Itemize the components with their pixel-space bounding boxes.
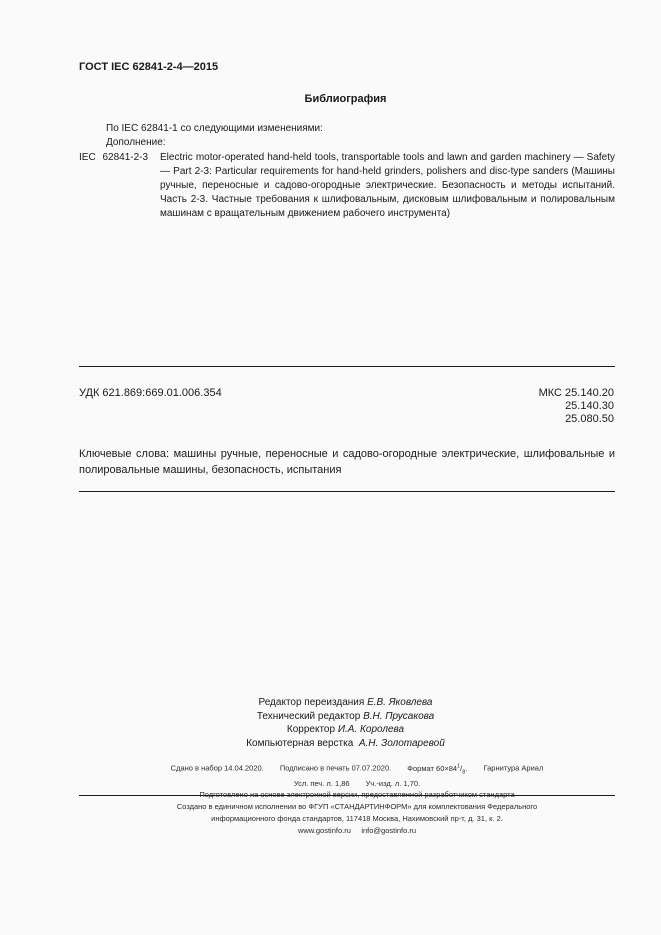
format-denominator: 8	[462, 769, 465, 775]
mks-code: 25.080.50	[539, 413, 614, 426]
document-code: ГОСТ IEC 62841-2-4—2015	[79, 61, 218, 73]
email-link[interactable]: info@gostinfo.ru	[361, 826, 416, 835]
submitted-date: Сдано в набор 14.04.2020.	[171, 764, 264, 773]
bibliography-description: Electric motor-operated hand-held tools,…	[160, 151, 615, 221]
credit-line: Компьютерная верстка А.Н. Золотаревой	[30, 737, 661, 751]
bibliography-intro: По IEC 62841-1 со следующими изменениями…	[106, 123, 323, 134]
credit-role: Корректор	[287, 724, 335, 735]
divider	[79, 795, 615, 796]
bibliography-reference: IEC 62841-2-3	[79, 151, 148, 165]
publisher-block: Создано в единичном исполнении во ФГУП «…	[100, 801, 614, 837]
website-link[interactable]: www.gostinfo.ru	[298, 826, 351, 835]
udk-code: УДК 621.869:669.01.006.354	[79, 387, 222, 399]
credit-role: Редактор переиздания	[258, 697, 364, 708]
mks-code: 25.140.30	[539, 400, 614, 413]
credit-line: Редактор переиздания Е.В. Яковлева	[30, 696, 661, 710]
paper-format: Формат 60×841/8.	[407, 764, 467, 773]
divider	[79, 366, 615, 367]
section-title: Библиография	[0, 93, 661, 105]
publisher-line: Создано в единичном исполнении во ФГУП «…	[100, 801, 614, 813]
print-sheets: Усл. печ. л. 1,86	[294, 779, 350, 788]
format-numerator: 1	[457, 763, 460, 769]
publishing-sheets: Уч.-изд. л. 1,70.	[366, 779, 421, 788]
bibliography-addition-label: Дополнение:	[106, 137, 166, 148]
imprint-line: Усл. печ. л. 1,86 Уч.-изд. л. 1,70.	[100, 778, 614, 789]
mks-codes: МКС 25.140.20 25.140.30 25.080.50	[539, 387, 614, 426]
format-value: Формат 60×84	[407, 764, 457, 773]
credits-block: Редактор переиздания Е.В. Яковлева Техни…	[0, 696, 661, 750]
credit-line: Технический редактор В.Н. Прусакова	[30, 710, 661, 724]
divider	[79, 491, 615, 492]
credit-role: Компьютерная верстка	[246, 738, 353, 749]
publisher-address: информационного фонда стандартов, 117418…	[100, 813, 614, 825]
credit-role: Технический редактор	[257, 711, 360, 722]
typeface: Гарнитура Ариал	[484, 764, 544, 773]
mks-code: МКС 25.140.20	[539, 387, 614, 400]
credit-name: Е.В. Яковлева	[367, 697, 432, 708]
credit-name: А.Н. Золотаревой	[359, 738, 445, 749]
credit-line: Корректор И.А. Королева	[30, 723, 661, 737]
publisher-contacts: www.gostinfo.ru info@gostinfo.ru	[100, 825, 614, 837]
imprint-line: Сдано в набор 14.04.2020. Подписано в пе…	[100, 761, 614, 778]
credit-name: И.А. Королева	[338, 724, 404, 735]
credit-name: В.Н. Прусакова	[363, 711, 434, 722]
signed-date: Подписано в печать 07.07.2020.	[280, 764, 391, 773]
keywords: Ключевые слова: машины ручные, переносны…	[79, 446, 615, 478]
